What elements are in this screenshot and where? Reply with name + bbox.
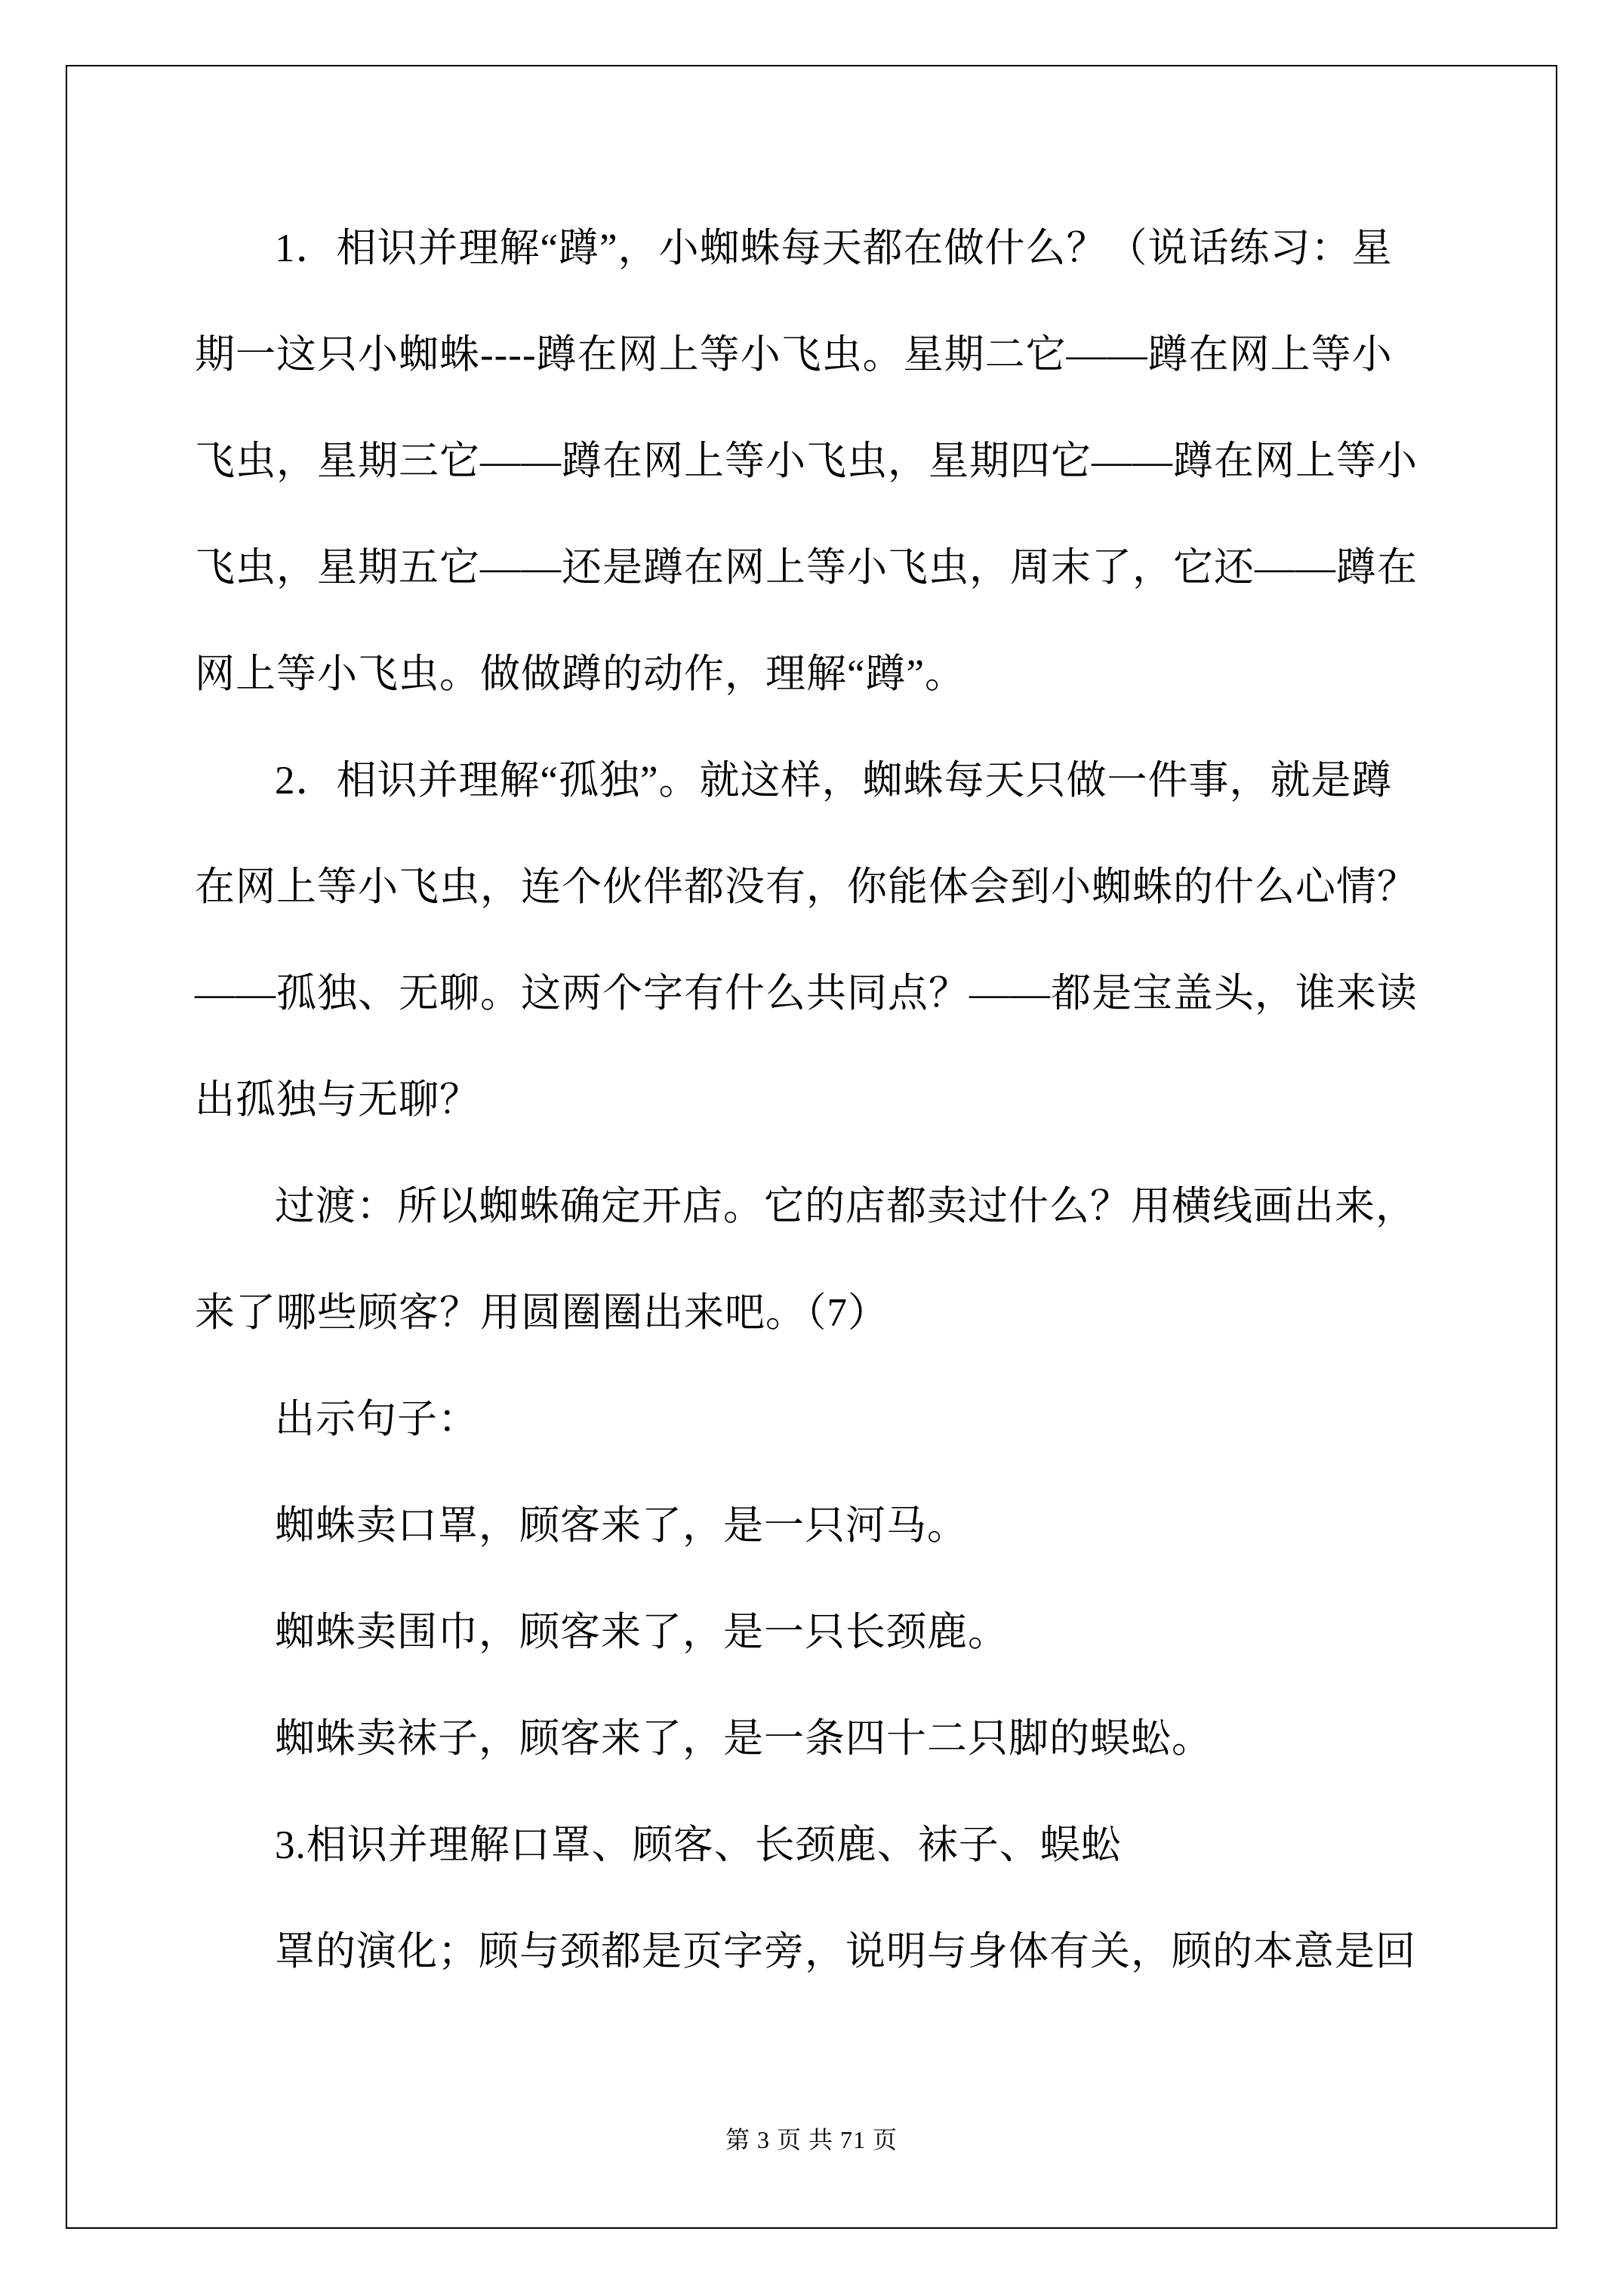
page-border: 1．相识并理解“蹲”，小蜘蛛每天都在做什么？（说话练习：星 期一这只小蜘蛛---…: [66, 65, 1557, 2229]
text-line: 蜘蛛卖口罩，顾客来了，是一只河马。: [195, 1473, 1478, 1579]
text-line: 过渡：所以蜘蛛确定开店。它的店都卖过什么？用横线画出来，: [195, 1154, 1478, 1260]
text-line: 蜘蛛卖围巾，顾客来了，是一只长颈鹿。: [195, 1579, 1478, 1686]
page-footer: 第 3 页 共 71 页: [67, 2123, 1556, 2156]
text-line: 飞虫，星期三它——蹲在网上等小飞虫，星期四它——蹲在网上等小: [195, 408, 1478, 515]
text-line: 1．相识并理解“蹲”，小蜘蛛每天都在做什么？（说话练习：星: [195, 196, 1478, 302]
text-line: 蜘蛛卖袜子，顾客来了，是一条四十二只脚的蜈蚣。: [195, 1686, 1478, 1792]
text-line: 在网上等小飞虫，连个伙伴都没有，你能体会到小蜘蛛的什么心情？: [195, 834, 1478, 941]
document-page: 1．相识并理解“蹲”，小蜘蛛每天都在做什么？（说话练习：星 期一这只小蜘蛛---…: [0, 0, 1623, 2296]
text-line: 出孤独与无聊？: [195, 1047, 1478, 1154]
text-line: 出示句子：: [195, 1367, 1478, 1473]
text-line: 3.相识并理解口罩、顾客、长颈鹿、袜子、蜈蚣: [195, 1792, 1478, 1899]
text-line: 罩的演化；顾与颈都是页字旁，说明与身体有关，顾的本意是回: [195, 1899, 1478, 2005]
text-line: 期一这只小蜘蛛----蹲在网上等小飞虫。星期二它——蹲在网上等小: [195, 302, 1478, 408]
text-line: 来了哪些顾客？用圆圈圈出来吧。（7）: [195, 1260, 1478, 1367]
text-line: 飞虫，星期五它——还是蹲在网上等小飞虫，周末了，它还——蹲在: [195, 515, 1478, 621]
page-content: 1．相识并理解“蹲”，小蜘蛛每天都在做什么？（说话练习：星 期一这只小蜘蛛---…: [195, 196, 1478, 2005]
text-line: 2．相识并理解“孤独”。就这样，蜘蛛每天只做一件事，就是蹲: [195, 728, 1478, 834]
text-line: ——孤独、无聊。这两个字有什么共同点？——都是宝盖头，谁来读: [195, 941, 1478, 1047]
text-line: 网上等小飞虫。做做蹲的动作，理解“蹲”。: [195, 621, 1478, 728]
page-number-text: 第 3 页 共 71 页: [725, 2126, 898, 2153]
